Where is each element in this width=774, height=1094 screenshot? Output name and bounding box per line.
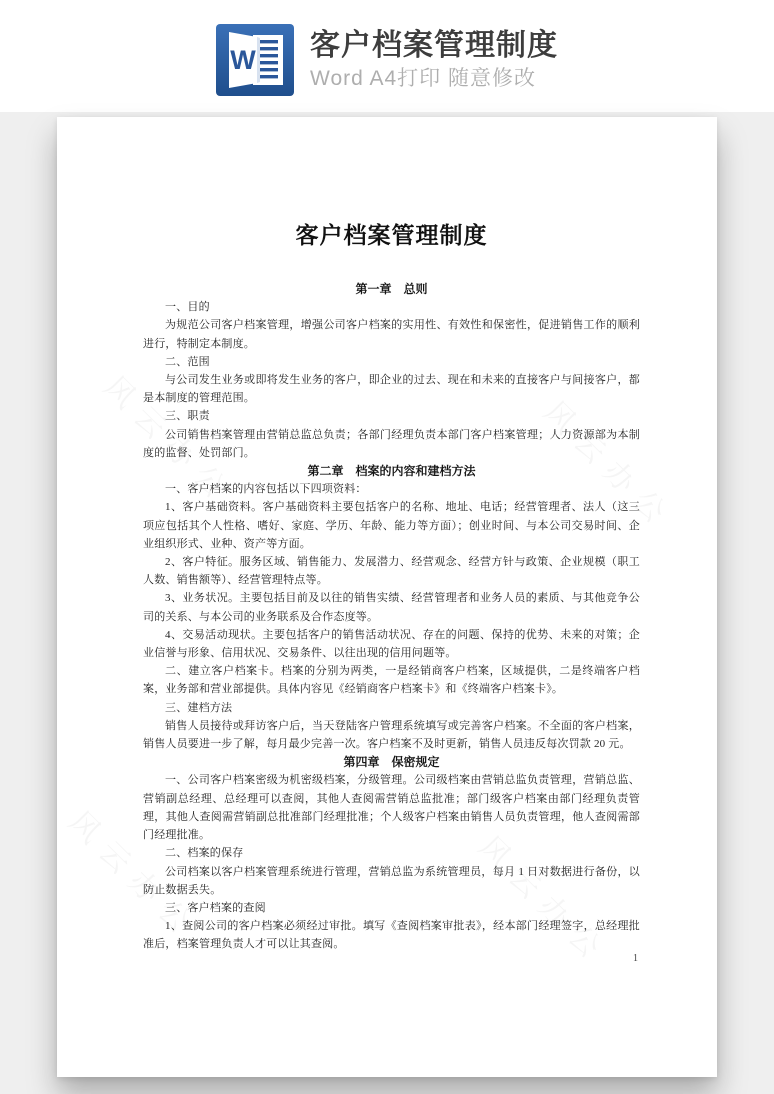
header-text: 客户档案管理制度 Word A4打印 随意修改 — [310, 29, 558, 92]
document-page: 风云办公 风云办公 风云办公 风云办公 客户档案管理制度 第一章 总则一、目的为… — [57, 117, 717, 1077]
word-icon: W — [216, 24, 294, 96]
paragraph: 为规范公司客户档案管理，增强公司客户档案的实用性、有效性和保密性，促进销售工作的… — [143, 316, 640, 352]
paragraph: 三、职责 — [143, 407, 640, 425]
paragraph: 公司销售档案管理由营销总监总负责；各部门经理负责本部门客户档案管理；人力资源部为… — [143, 426, 640, 462]
chapter-heading: 第一章 总则 — [143, 280, 640, 298]
paragraph: 与公司发生业务或即将发生业务的客户，即企业的过去、现在和未来的直接客户与间接客户… — [143, 371, 640, 407]
paragraph: 一、客户档案的内容包括以下四项资料： — [143, 480, 640, 498]
chapter-heading: 第二章 档案的内容和建档方法 — [143, 462, 640, 480]
paragraph: 2、客户特征。服务区域、销售能力、发展潜力、经营观念、经营方针与政策、企业规模（… — [143, 553, 640, 589]
paragraph: 4、交易活动现状。主要包括客户的销售活动状况、存在的问题、保持的优势、未来的对策… — [143, 626, 640, 662]
paragraph: 3、业务状况。主要包括目前及以往的销售实绩、经营管理者和业务人员的素质、与其他竞… — [143, 589, 640, 625]
template-preview-screen: W 客户档案管理制度 Word A4打印 随意修改 风云办公 风云办公 风云办公… — [0, 0, 774, 1094]
paragraph: 三、客户档案的查阅 — [143, 899, 640, 917]
paragraph: 销售人员接待或拜访客户后，当天登陆客户管理系统填写或完善客户档案。不全面的客户档… — [143, 717, 640, 753]
chapter-heading: 第四章 保密规定 — [143, 753, 640, 771]
paragraph: 二、范围 — [143, 353, 640, 371]
page-number: 1 — [633, 953, 638, 964]
document-blocks: 第一章 总则一、目的为规范公司客户档案管理，增强公司客户档案的实用性、有效性和保… — [143, 280, 640, 954]
header-subtitle: Word A4打印 随意修改 — [310, 66, 536, 92]
header-title: 客户档案管理制度 — [310, 29, 558, 63]
paragraph: 二、档案的保存 — [143, 844, 640, 862]
paragraph: 1、查阅公司的客户档案必须经过审批。填写《查阅档案审批表》，经本部门经理签字，总… — [143, 917, 640, 953]
paragraph: 一、公司客户档案密级为机密级档案，分级管理。公司级档案由营销总监负责管理，营销总… — [143, 771, 640, 844]
document-title: 客户档案管理制度 — [143, 222, 640, 250]
paragraph: 三、建档方法 — [143, 699, 640, 717]
paragraph: 公司档案以客户档案管理系统进行管理，营销总监为系统管理员，每月 1 日对数据进行… — [143, 863, 640, 899]
site-header: W 客户档案管理制度 Word A4打印 随意修改 — [0, 0, 774, 112]
paragraph: 1、客户基础资料。客户基础资料主要包括客户的名称、地址、电话；经营管理者、法人（… — [143, 498, 640, 553]
paragraph: 一、目的 — [143, 298, 640, 316]
svg-text:W: W — [230, 45, 256, 75]
document-body: 客户档案管理制度 第一章 总则一、目的为规范公司客户档案管理，增强公司客户档案的… — [57, 117, 717, 954]
paragraph: 二、建立客户档案卡。档案的分别为两类，一是经销商客户档案，区域提供，二是终端客户… — [143, 662, 640, 698]
